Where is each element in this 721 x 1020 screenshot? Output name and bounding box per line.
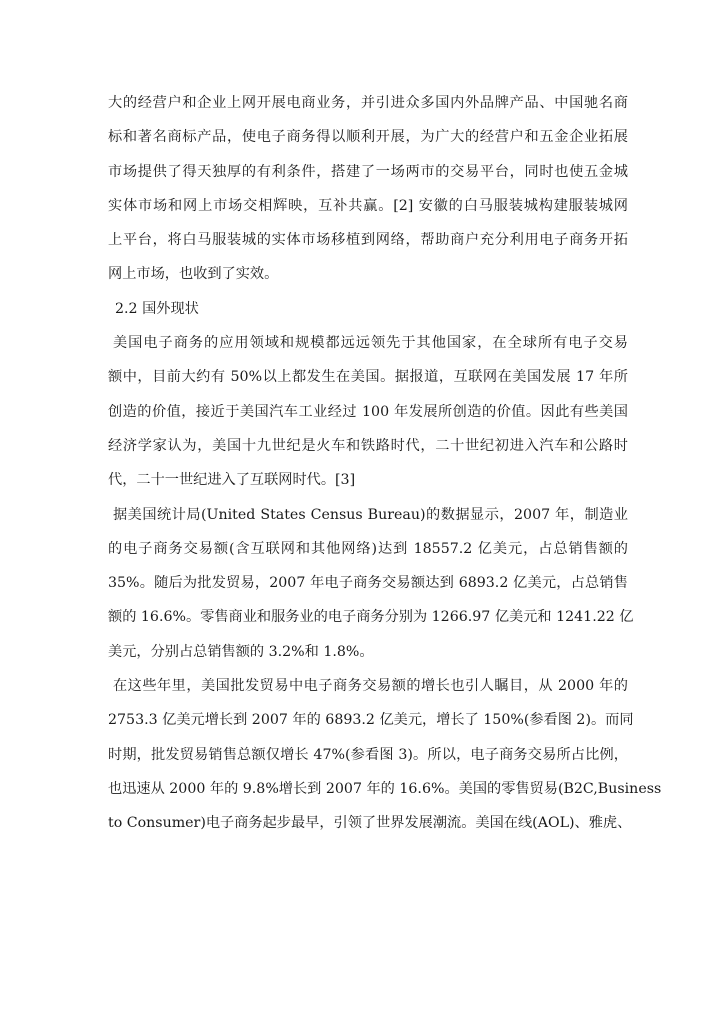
- text-line: 网上市场，也收到了实效。: [108, 259, 628, 293]
- text-line: 时期，批发贸易销售总额仅增长 47%(参看图 3)。所以，电子商务交易所占比例，: [108, 740, 628, 774]
- paragraph-us-overview: 美国电子商务的应用领域和规模都远远领先于其他国家，在全球所有电子交易 额中，目前…: [108, 328, 628, 499]
- text-line: 35%。随后为批发贸易，2007 年电子商务交易额达到 6893.2 亿美元，占…: [108, 568, 628, 602]
- text-line: to Consumer)电子商务起步最早，引领了世界发展潮流。美国在线(AOL)…: [108, 808, 628, 842]
- paragraph-census-data: 据美国统计局(United States Census Bureau)的数据显示…: [108, 500, 628, 671]
- text-line: 标和著名商标产品，使电子商务得以顺利开展，为广大的经营户和五金企业拓展: [108, 122, 628, 156]
- text-line: 美元，分别占总销售额的 3.2%和 1.8%。: [108, 637, 628, 671]
- section-heading: 2.2 国外现状: [108, 294, 628, 328]
- text-line: 据美国统计局(United States Census Bureau)的数据显示…: [108, 500, 628, 534]
- text-line: 代，二十一世纪进入了互联网时代。[3]: [108, 465, 628, 499]
- text-line: 额中，目前大约有 50%以上都发生在美国。据报道，互联网在美国发展 17 年所: [108, 362, 628, 396]
- text-line: 上平台，将白马服装城的实体市场移植到网络，帮助商户充分利用电子商务开拓: [108, 225, 628, 259]
- text-line: 大的经营户和企业上网开展电商业务，并引进众多国内外品牌产品、中国驰名商: [108, 88, 628, 122]
- text-line: 创造的价值，接近于美国汽车工业经过 100 年发展所创造的价值。因此有些美国: [108, 397, 628, 431]
- text-line: 2753.3 亿美元增长到 2007 年的 6893.2 亿美元，增长了 150…: [108, 705, 628, 739]
- text-line: 的电子商务交易额(含互联网和其他网络)达到 18557.2 亿美元，占总销售额的: [108, 534, 628, 568]
- text-line: 额的 16.6%。零售商业和服务业的电子商务分别为 1266.97 亿美元和 1…: [108, 602, 628, 636]
- text-line: 市场提供了得天独厚的有利条件，搭建了一场两市的交易平台，同时也使五金城: [108, 157, 628, 191]
- paragraph-wholesale-growth: 在这些年里，美国批发贸易中电子商务交易额的增长也引人瞩目，从 2000 年的 2…: [108, 671, 628, 842]
- paragraph-domestic-status: 大的经营户和企业上网开展电商业务，并引进众多国内外品牌产品、中国驰名商 标和著名…: [108, 88, 628, 294]
- text-line: 也迅速从 2000 年的 9.8%增长到 2007 年的 16.6%。美国的零售…: [108, 774, 628, 808]
- text-line: 美国电子商务的应用领域和规模都远远领先于其他国家，在全球所有电子交易: [108, 328, 628, 362]
- text-line: 经济学家认为，美国十九世纪是火车和铁路时代，二十世纪初进入汽车和公路时: [108, 431, 628, 465]
- document-page: 大的经营户和企业上网开展电商业务，并引进众多国内外品牌产品、中国驰名商 标和著名…: [108, 88, 628, 843]
- text-line: 实体市场和网上市场交相辉映，互补共赢。[2] 安徽的白马服装城构建服装城网: [108, 191, 628, 225]
- text-line: 在这些年里，美国批发贸易中电子商务交易额的增长也引人瞩目，从 2000 年的: [108, 671, 628, 705]
